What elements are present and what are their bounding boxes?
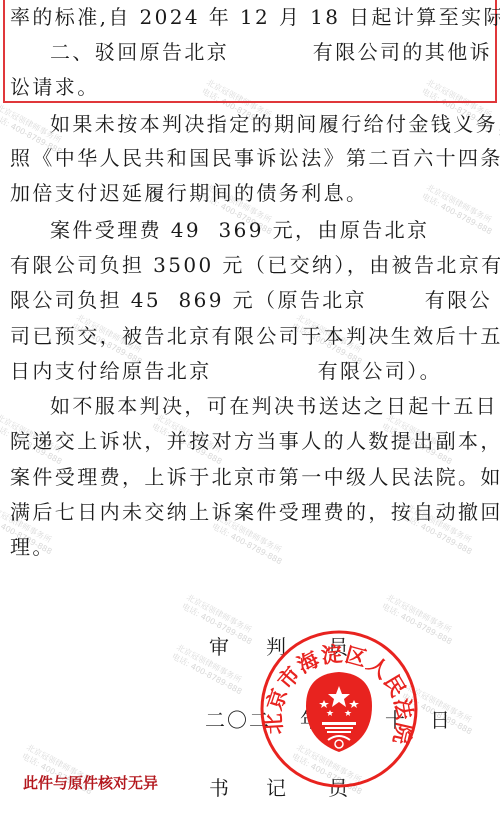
national-emblem-icon	[306, 672, 372, 752]
text: 有限公司）。	[318, 359, 492, 383]
text: 加倍支付迟延履行期间的债务利息。	[10, 181, 368, 205]
highlight-line-3: 讼请求。	[10, 75, 492, 99]
date-day-char: 日	[430, 708, 450, 732]
clerk-label-char-1: 书	[209, 776, 229, 800]
text: 日内支付给原告北京	[10, 359, 212, 383]
paragraph-appeal-line-4: 满后七日内未交纳上诉案件受理费的，按自动撤回上诉处	[10, 500, 492, 524]
text: 理。	[10, 535, 55, 559]
highlight-line-2: 二、驳回原告北京 有限公司的其他诉	[10, 40, 492, 64]
certification-stamp: 此件与原件核对无异	[23, 772, 158, 793]
paragraph-fee-line-3: 限公司负担 45 869 元（原告北京 有限公	[10, 288, 492, 312]
judge-label-char-1: 审	[209, 635, 229, 659]
text: 有限公司的其他诉	[313, 40, 492, 64]
paragraph-fee-line-5: 日内支付给原告北京 有限公司）。	[10, 359, 492, 383]
text: 限公司负担 45 869 元（原告北京	[10, 288, 367, 312]
text: 有	[481, 253, 500, 277]
text: 满后七日内未交纳上诉案件受理费的，按自动撤回上诉处	[10, 500, 500, 524]
text: 率的标准,自 2024 年 12 月 18 日起计算至实际给付之日止);	[10, 5, 500, 29]
paragraph-fee-line-2: 有限公司负担 3500 元（已交纳），由被告北京 有	[10, 253, 492, 277]
text: 案件受理费 49 369 元，由原告北京	[50, 218, 429, 242]
text: 如不服本判决，可在判决书送达之日起十五日内，向本	[50, 394, 500, 418]
court-seal: 北京市海淀区人民法院	[258, 628, 420, 790]
court-seal-icon: 北京市海淀区人民法院	[258, 628, 420, 790]
text: 司已预交，被告北京	[10, 324, 212, 348]
text: 如果未按本判决指定的期间履行给付金钱义务，应当依	[50, 112, 500, 136]
text: 有限公司于本判决生效后十五	[212, 324, 500, 348]
paragraph-interest-line-3: 加倍支付迟延履行期间的债务利息。	[10, 181, 492, 205]
paragraph-interest-line-2: 照《中华人民共和国民事诉讼法》第二百六十四条之规定，	[10, 146, 492, 170]
paragraph-appeal-line-5: 理。	[10, 535, 492, 559]
text: 有限公司负担 3500 元（已交纳），由被告北京	[10, 253, 481, 277]
highlight-line-1: 率的标准,自 2024 年 12 月 18 日起计算至实际给付之日止);	[10, 5, 492, 29]
court-judgment-page: 北京冠领律师事务所 电话: 400-8789-888北京冠领律师事务所 电话: …	[0, 0, 500, 815]
paragraph-fee-line-1: 案件受理费 49 369 元，由原告北京	[10, 218, 492, 242]
paragraph-appeal-line-1: 如不服本判决，可在判决书送达之日起十五日内，向本	[10, 394, 492, 418]
text: 讼请求。	[10, 75, 100, 99]
text: 院递交上诉状，并按对方当事人的人数提出副本，交纳上诉	[10, 429, 500, 453]
text: 照《中华人民共和国民事诉讼法》第二百六十四条之规定，	[10, 146, 500, 170]
paragraph-appeal-line-3: 案件受理费，上诉于北京市第一中级人民法院。如在上诉期	[10, 465, 492, 489]
paragraph-fee-line-4: 司已预交，被告北京 有限公司于本判决生效后十五	[10, 324, 492, 348]
paragraph-interest-line-1: 如果未按本判决指定的期间履行给付金钱义务，应当依	[10, 112, 492, 136]
text: 二、驳回原告北京	[50, 40, 229, 64]
text: 案件受理费，上诉于北京市第一中级人民法院。如在上诉期	[10, 465, 500, 489]
paragraph-appeal-line-2: 院递交上诉状，并按对方当事人的人数提出副本，交纳上诉	[10, 429, 492, 453]
text: 有限公	[425, 288, 492, 312]
